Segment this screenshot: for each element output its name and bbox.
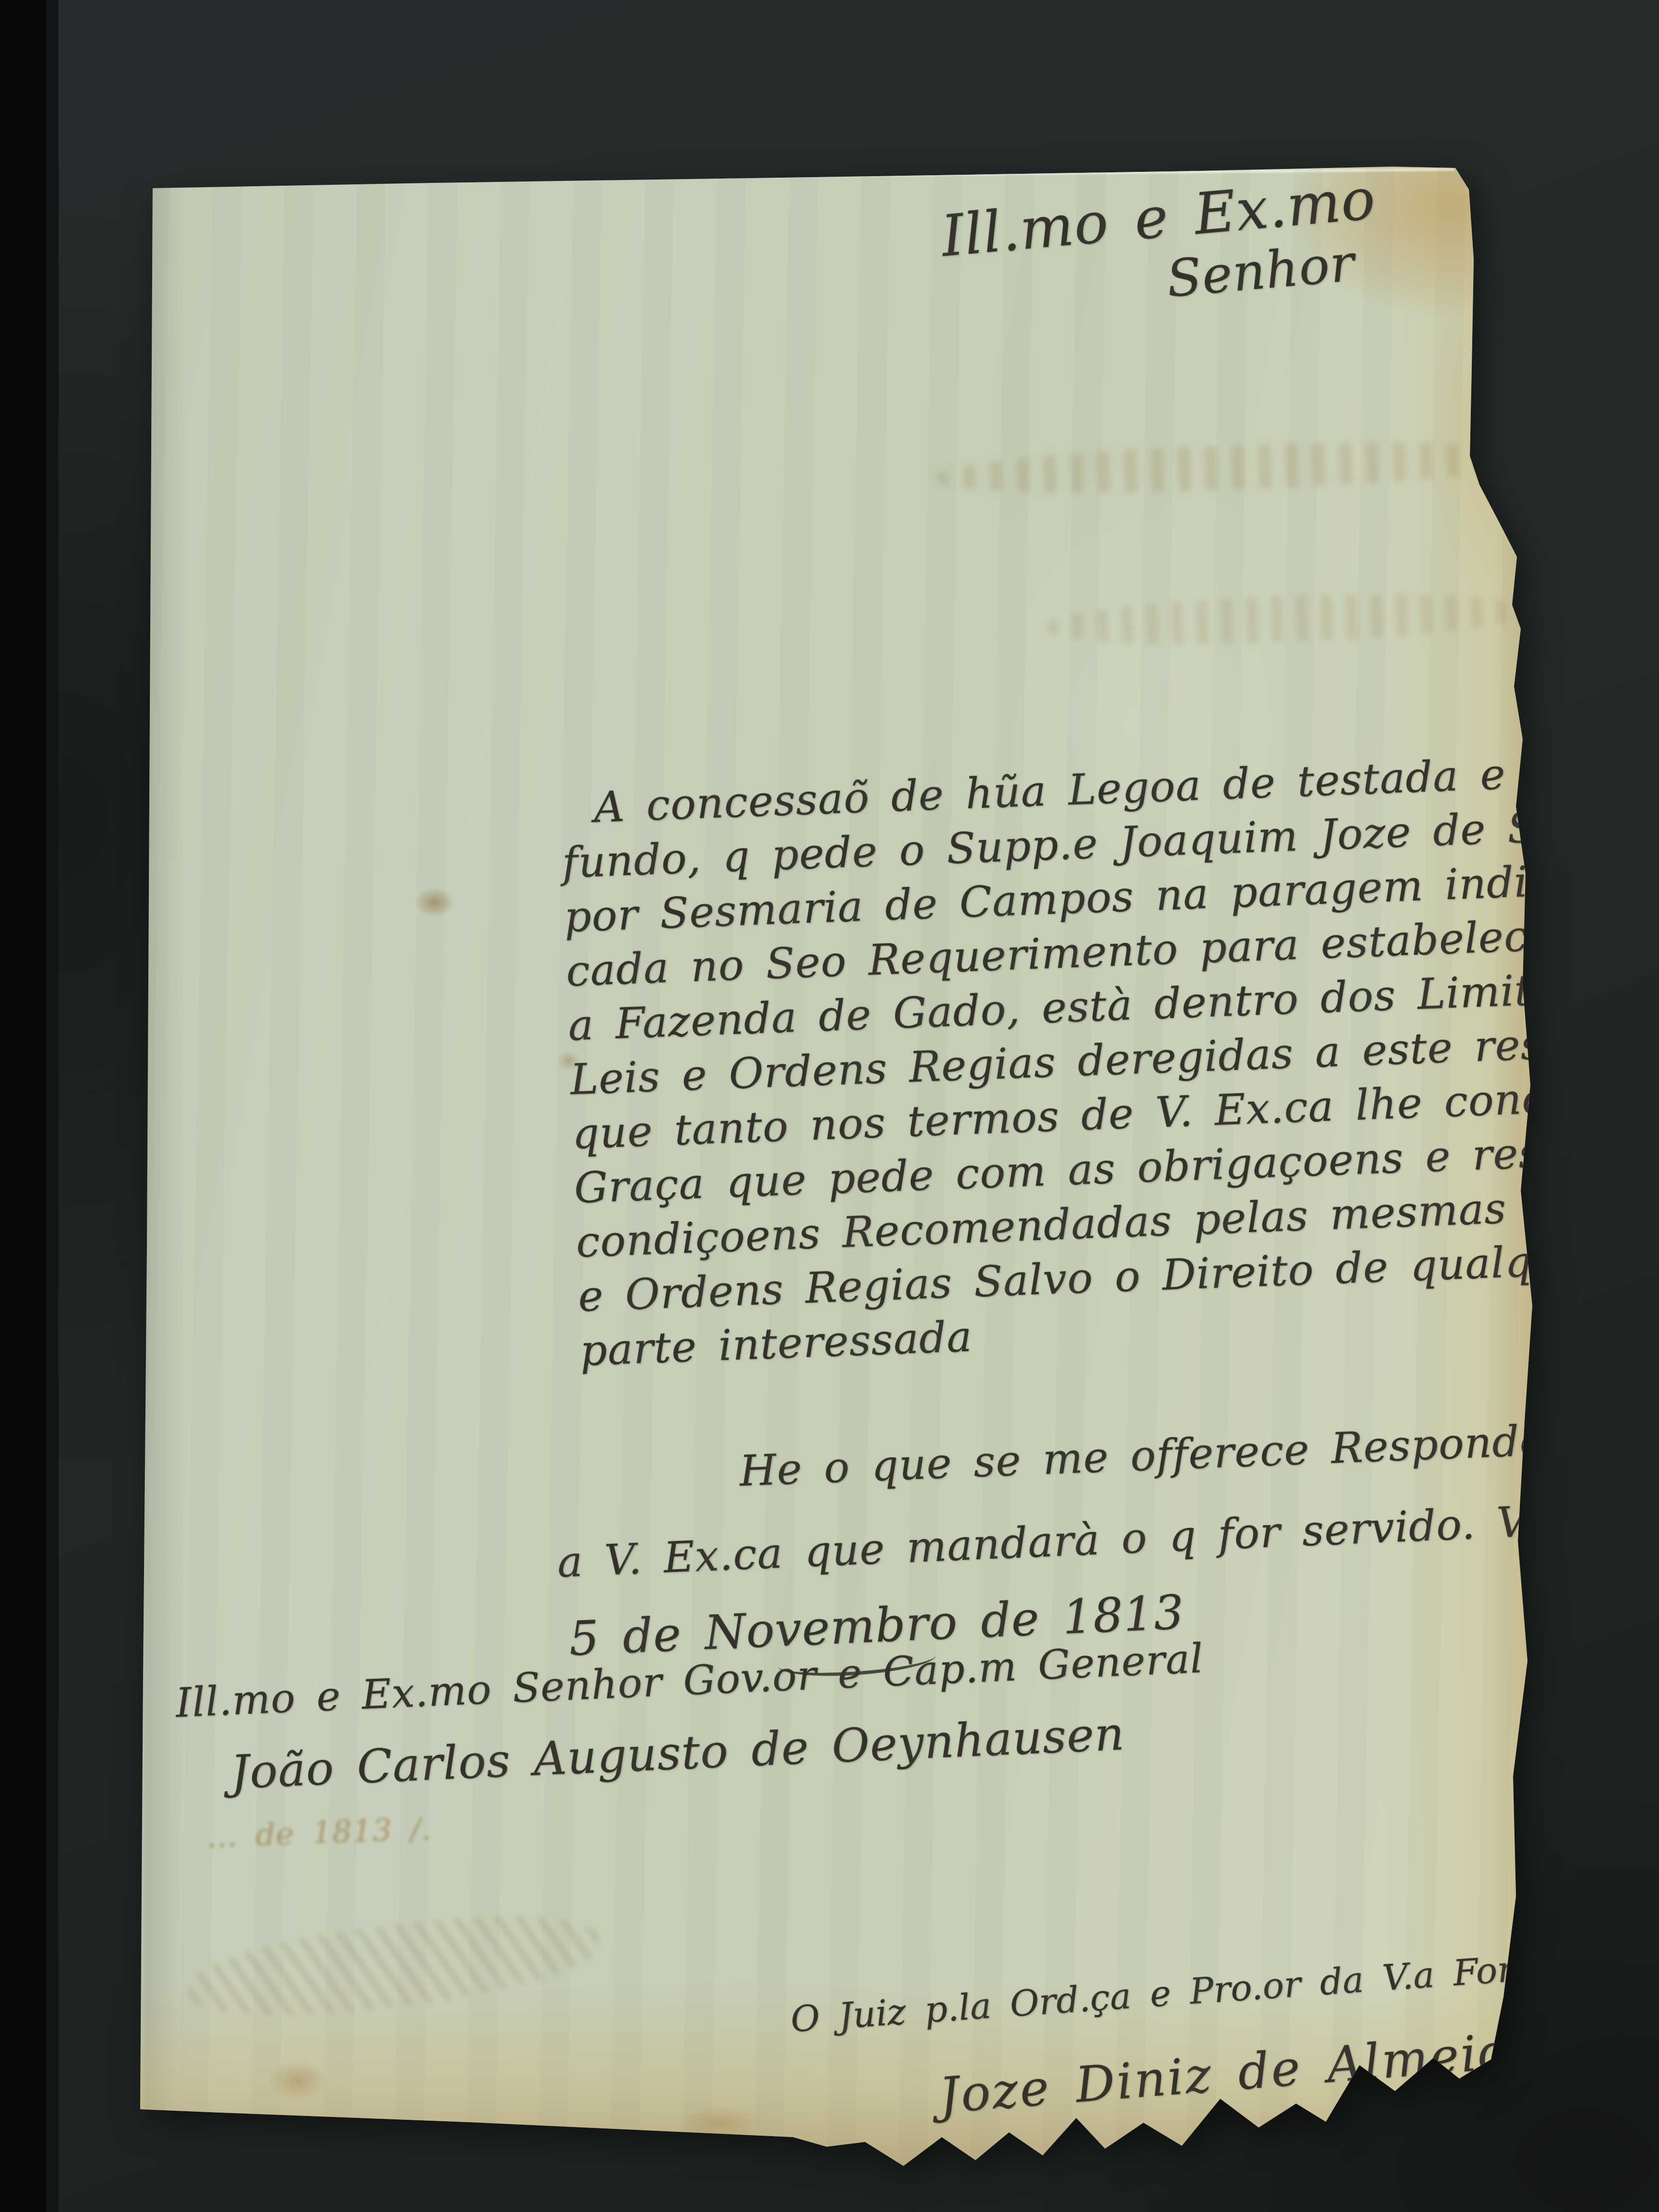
signature-name: Joze Diniz de Almeida: [937, 2020, 1544, 2125]
letter-body: A concessaõ de hũa Legoa de testada e tr…: [559, 740, 1659, 1378]
faded-ink-smudge: [184, 1900, 603, 2032]
address-line-2: João Carlos Augusto de Oeynhausen: [229, 1707, 1126, 1799]
closing-line-1: He o que se me offerece Responder: [739, 1415, 1567, 1496]
closing-line-2: a V. Ex.ca que mandarà o q for servido. …: [556, 1491, 1656, 1587]
ink-bleedthrough-smudge: [1046, 588, 1527, 651]
manuscript-page: Ill.mo e Ex.mo Senhor A concessaõ de hũa…: [0, 0, 1659, 2212]
ink-bleedthrough-smudge: [936, 435, 1537, 500]
archival-note-faded: … de 1813 /.: [206, 1812, 432, 1855]
signature-title-line: O Juiz p.la Ord.ça e Pro.or da V.a For.t…: [789, 1935, 1659, 2041]
archive-photo: { "photo": { "background_color": "#242a2…: [0, 0, 1659, 2212]
manuscript-page-wrapper: Ill.mo e Ex.mo Senhor A concessaõ de hũa…: [0, 0, 1659, 2212]
